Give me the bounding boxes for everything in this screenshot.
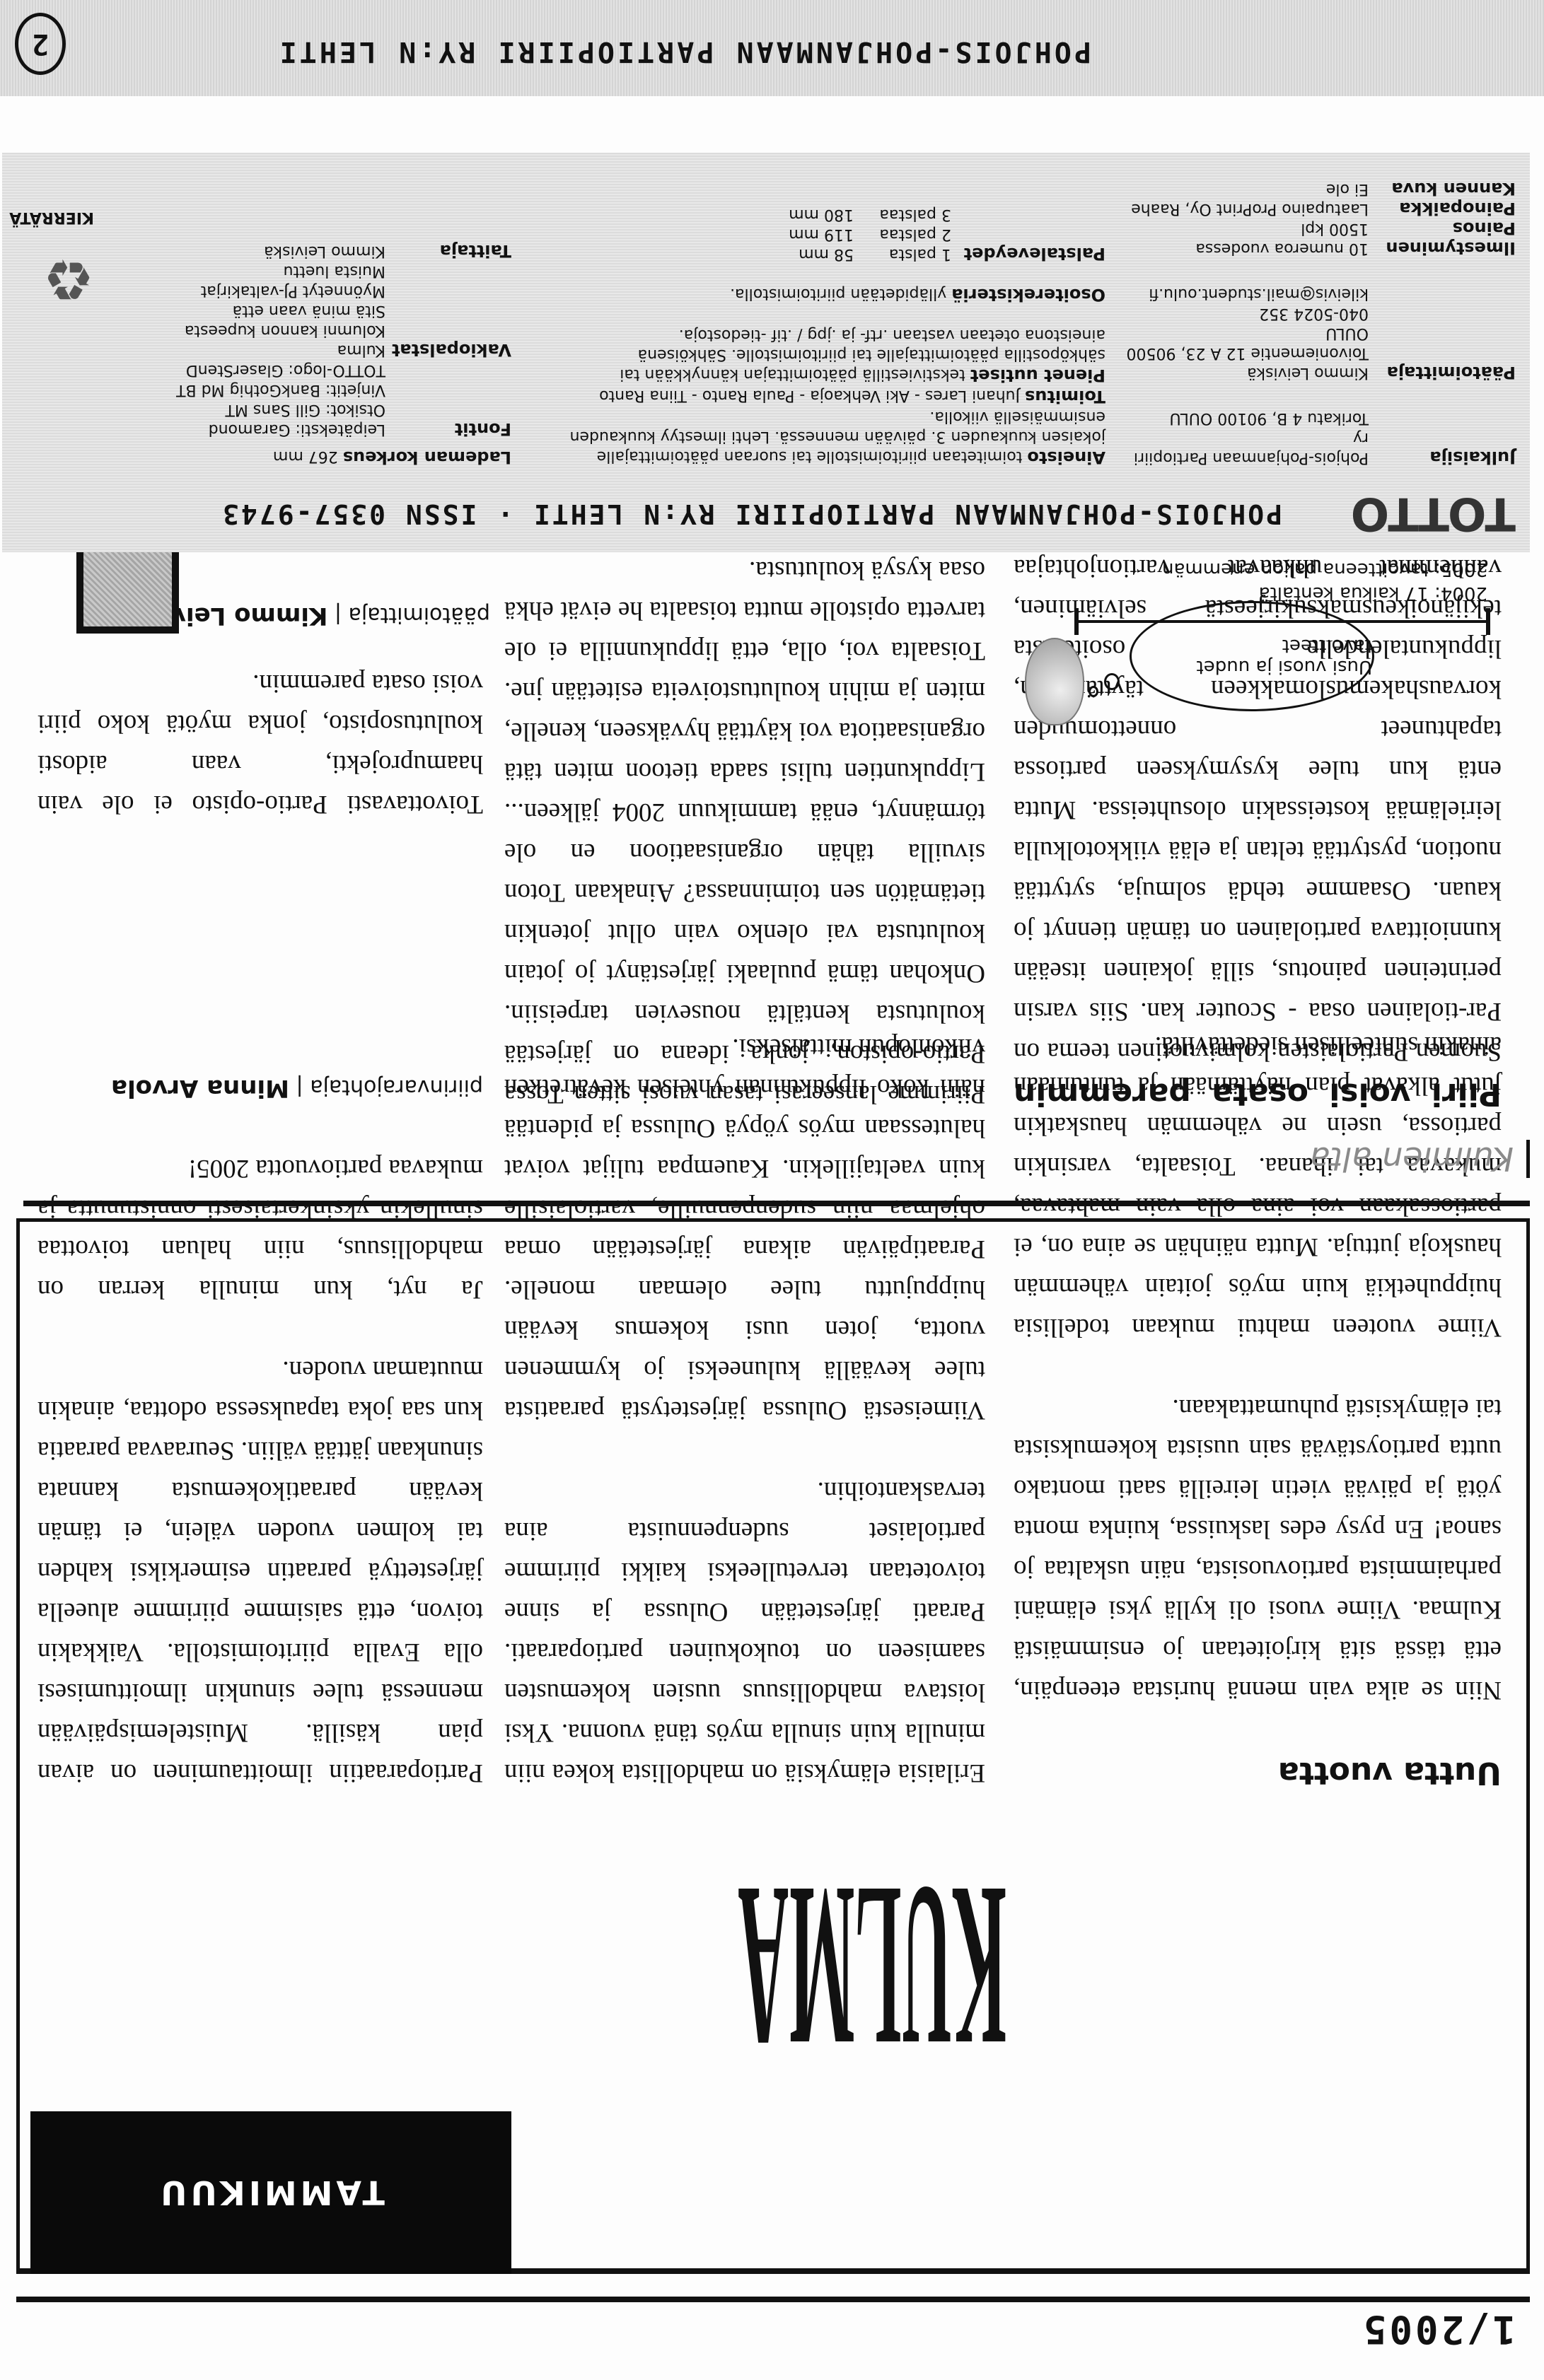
kulma-headline: Uutta vuotta xyxy=(1014,1753,1502,1793)
month-label: TAMMIKUU xyxy=(157,2174,385,2212)
footer-band: POHJOIS-POHJANMAAN PARTIOPIIRI RY:N LEHT… xyxy=(0,0,1544,96)
note-2004: 2004: 17 kaikua kentältä xyxy=(1063,581,1487,605)
timeline-arrow xyxy=(1077,620,1487,623)
kulma-paragraph: Niin se aika vain mennä huristaa eteenpä… xyxy=(1014,1388,1502,1710)
kulma-paragraph: Erilaisia elämyksiä on mahdollista kokea… xyxy=(504,1471,985,1793)
colophon: TOTTO POHJOIS-POHJANMAAN PARTIOPIIRI RY:… xyxy=(2,153,1530,552)
colophon-subtitle: POHJOIS-POHJANMAAN PARTIOPIIRI RY:N LEHT… xyxy=(221,498,1282,530)
timeline-end-mark xyxy=(1074,608,1079,635)
signature-role: päätoimittaja xyxy=(349,602,490,627)
kulma-col-2: Erilaisia elämyksiä on mahdollista kokea… xyxy=(504,1027,985,1793)
totto-logo: TOTTO xyxy=(1352,487,1516,539)
thought-bubble: Uusi vuosi ja uudet tavoitteet xyxy=(1130,601,1374,711)
mascot-icon xyxy=(1025,638,1084,725)
signature-name: Minna Arvola xyxy=(111,1074,289,1102)
alta-paragraph: Toivottavasti Partio-opisto ei ole vain … xyxy=(37,663,483,824)
timeline-start-mark xyxy=(1486,608,1490,635)
kulma-col-3: Partioparaatiin ilmoittauminen on aivan … xyxy=(37,1067,483,1793)
alta-col-3: Toivottavasti Partio-opisto ei ole vain … xyxy=(37,663,483,824)
alta-headline: Piiri voisi osata paremmin xyxy=(1014,1076,1502,1112)
colophon-col-3: Lademan korkeus 267 mm Fontit Leipätekst… xyxy=(158,241,511,467)
month-box: TAMMIKUU xyxy=(30,2111,511,2274)
page-number: 2 xyxy=(15,13,66,75)
section-tag: Kulmien alta xyxy=(1310,1140,1530,1178)
alta-col-2: Piirimme lanseerasi tasan vuosi sitten T… xyxy=(504,550,985,839)
magazine-page: 1/2005 TAMMIKUU KULMA Uutta vuotta Niin … xyxy=(0,0,1544,2380)
note-2005: 2005: tavoitteena paljon enemmän xyxy=(1063,557,1487,581)
kulma-signature: piirinvarajohtaja | Minna Arvola xyxy=(37,1067,483,1108)
thought-dot xyxy=(1089,686,1098,697)
colophon-col-2: Aineisto toimitetaan piiritoimistolle ta… xyxy=(568,204,1105,467)
recycle-label: KIERRÄTÄ xyxy=(9,207,94,227)
issue-number: 1/2005 xyxy=(1361,2307,1516,2352)
colophon-col-1: Julkaisija Pohjois-Pohjanmaan Partiopiir… xyxy=(1120,179,1516,467)
thought-dot xyxy=(1104,673,1120,690)
kulma-masthead: KULMA xyxy=(773,1850,1006,2083)
recycle-icon: ♻ xyxy=(43,245,94,312)
kulma-paragraph: Partioparaatiin ilmoittauminen on aivan … xyxy=(37,1350,483,1793)
kulma-paragraph: Ja nyt, kun minulla kerran on mahdollisu… xyxy=(37,1148,483,1309)
section-divider xyxy=(23,1201,1530,1206)
footer-title: POHJOIS-POHJANMAAN PARTIOPIIRI RY:N LEHT… xyxy=(277,35,1091,68)
alta-paragraph: Piirimme lanseerasi tasan vuosi sitten T… xyxy=(504,550,985,1114)
top-rule xyxy=(16,2297,1530,2302)
editor-email[interactable]: kileivis@mail.student.oulu.fi xyxy=(1149,285,1369,303)
signature-role: piirinvarajohtaja xyxy=(310,1075,483,1099)
timeline-notes: 2004: 17 kaikua kentältä 2005: tavoittee… xyxy=(1063,557,1487,605)
